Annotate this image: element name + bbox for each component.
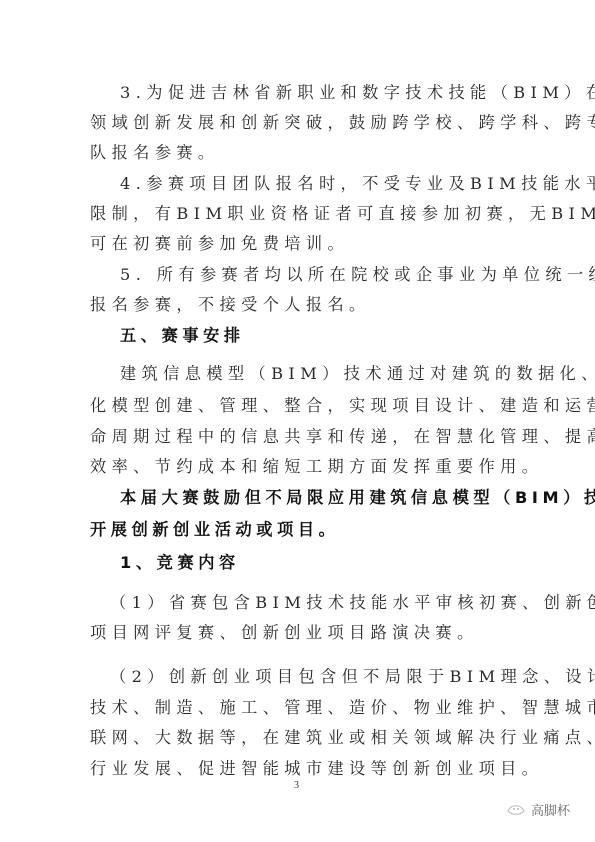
document-page: 3.为促进吉林省新职业和数字技术技能（BIM）在建筑业领域创新发展和创新突破，鼓… — [0, 0, 595, 842]
paragraph-line: 命周期过程中的信息共享和传递，在智慧化管理、提高生产 — [90, 426, 508, 448]
paragraph-line: 5. 所有参赛者均以所在院校或企事业为单位统一组织 — [90, 264, 538, 286]
paragraph-line: 报名参赛，不接受个人报名。 — [90, 294, 508, 316]
paragraph-line: 效率、节约成本和缩短工期方面发挥重要作用。 — [90, 456, 508, 478]
heading-line: 1、竞赛内容 — [90, 552, 538, 574]
paragraph-line: 联网、大数据等，在建筑业或相关领域解决行业痛点、促进 — [90, 727, 508, 749]
paragraph-line: 4.参赛项目团队报名时，不受专业及BIM技能水平高低 — [90, 173, 538, 195]
paragraph-line: （2）创新创业项目包含但不局限于BIM理念、设计、 — [90, 666, 528, 688]
watermark: 高脚杯 — [505, 800, 570, 819]
paragraph-line: 领域创新发展和创新突破，鼓励跨学校、跨学科、跨专业组 — [90, 112, 508, 134]
paragraph-line: 行业发展、促进智能城市建设等创新创业项目。 — [90, 758, 508, 780]
paragraph-line: 可在初赛前参加免费培训。 — [90, 233, 508, 255]
paragraph-line: 3.为促进吉林省新职业和数字技术技能（BIM）在建筑业 — [90, 82, 538, 104]
wechat-account-icon — [505, 802, 527, 818]
heading-line: 本届大赛鼓励但不局限应用建筑信息模型（BIM）技术 — [90, 487, 538, 509]
heading-line: 五、赛事安排 — [90, 325, 538, 347]
paragraph-line: 技术、制造、施工、管理、造价、物业维护、智慧城市、互 — [90, 697, 508, 719]
paragraph-line: （1）省赛包含BIM技术技能水平审核初赛、创新创业 — [90, 592, 528, 614]
heading-line: 开展创新创业活动或项目。 — [90, 519, 508, 541]
paragraph-line: 限制，有BIM职业资格证者可直接参加初赛，无BIM基础者 — [90, 203, 508, 225]
paragraph-line: 建筑信息模型（BIM）技术通过对建筑的数据化、信息 — [90, 363, 538, 385]
watermark-label: 高脚杯 — [531, 800, 570, 819]
page-number: 3 — [294, 780, 299, 791]
paragraph-line: 项目网评复赛、创新创业项目路演决赛。 — [90, 622, 508, 644]
paragraph-line: 队报名参赛。 — [90, 142, 508, 164]
paragraph-line: 化模型创建、管理、整合，实现项目设计、建造和运营全生 — [90, 395, 508, 417]
